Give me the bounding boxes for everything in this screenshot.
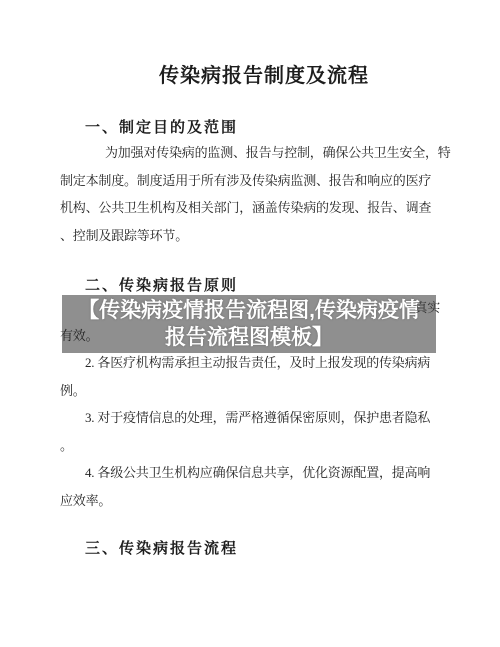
principles-item2-line2: 例。 [60, 377, 440, 405]
purpose-paragraph: 为加强对传染病的监测、报告与控制，确保公共卫生安全，特 制定本制度。制度适用于所… [60, 139, 440, 249]
paragraph-line: 机构、公共卫生机构及相关部门，涵盖传染病的发现、报告、调查 [60, 194, 440, 222]
principles-item3-line2: 。 [60, 432, 440, 460]
section-heading-principles: 二、传染病报告原则 [85, 277, 238, 295]
paragraph-line: 、控制及跟踪等环节。 [60, 222, 440, 250]
document-page: 传染病报告制度及流程 一、制定目的及范围 为加强对传染病的监测、报告与控制，确保… [0, 0, 500, 647]
paragraph-line: 为加强对传染病的监测、报告与控制，确保公共卫生安全，特 [60, 139, 440, 167]
principles-item4-line2: 应效率。 [60, 487, 440, 515]
principles-item2-line1: 2. 各医疗机构需承担主动报告责任，及时上报发现的传染病病 [60, 349, 440, 377]
principles-list: 真实 有效。 2. 各医疗机构需承担主动报告责任，及时上报发现的传染病病 例。 … [60, 294, 440, 514]
principles-item1-visible-fragment: 真实 [60, 294, 440, 322]
principles-item4-line1: 4. 各级公共卫生机构应确保信息共享，优化资源配置，提高响 [60, 459, 440, 487]
principles-item3-line1: 3. 对于疫情信息的处理，需严格遵循保密原则，保护患者隐私 [60, 404, 440, 432]
principles-item1-line2: 有效。 [60, 322, 440, 350]
section-heading-purpose: 一、制定目的及范围 [85, 119, 238, 137]
section-heading-flow: 三、传染病报告流程 [85, 540, 238, 558]
page-title: 传染病报告制度及流程 [0, 59, 500, 88]
paragraph-line: 制定本制度。制度适用于所有涉及传染病监测、报告和响应的医疗 [60, 167, 440, 195]
